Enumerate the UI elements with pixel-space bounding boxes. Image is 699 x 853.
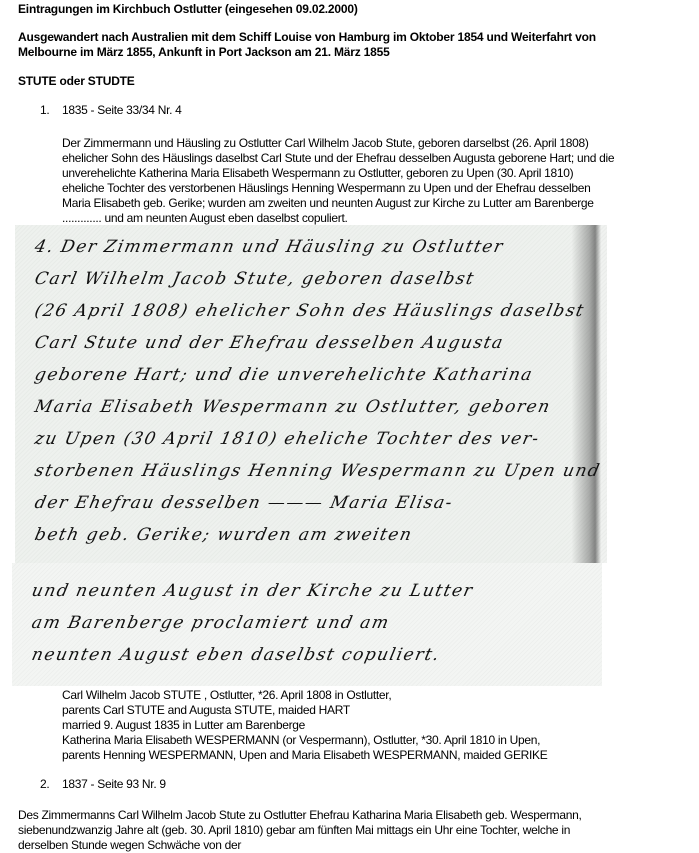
transcription-line: ehelicher Sohn des Häuslings daselbst Ca… — [62, 151, 614, 166]
entry-2-number: 2. — [40, 777, 49, 792]
handwriting-line: beth geb. Gerike; wurden am zweiten — [33, 525, 415, 545]
surname-heading: STUTE oder STUDTE — [18, 74, 135, 88]
emigration-note-line-1: Ausgewandert nach Australien mit dem Sch… — [18, 30, 596, 44]
handwriting-line: 4. Der Zimmermann und Häusling zu Ostlut… — [33, 237, 506, 257]
handwriting-line: der Ehefrau desselben ——— Maria Elisa- — [33, 493, 455, 513]
transcription-line: Der Zimmermann und Häusling zu Ostlutter… — [62, 136, 589, 151]
handwriting-line: und neunten August in der Kirche zu Lutt… — [30, 581, 475, 601]
transcription-line: Maria Elisabeth geb. Gerike; wurden am z… — [62, 196, 594, 211]
summary-line: married 9. August 1835 in Lutter am Bare… — [62, 718, 305, 733]
handwriting-line: (26 April 1808) ehelicher Sohn des Häusl… — [33, 301, 587, 321]
handwriting-line: Carl Wilhelm Jacob Stute, geboren daselb… — [33, 269, 477, 289]
entry-1-number: 1. — [40, 103, 49, 118]
handwriting-line: Maria Elisabeth Wespermann zu Ostlutter,… — [33, 397, 553, 417]
page-title: Eintragungen im Kirchbuch Ostlutter (ein… — [18, 2, 358, 16]
summary-line: Carl Wilhelm Jacob STUTE , Ostlutter, *2… — [62, 688, 391, 703]
emigration-note-line-2: Melbourne im März 1855, Ankunft in Port … — [18, 45, 390, 59]
transcription-line: unverehelichte Katherina Maria Elisabeth… — [62, 166, 573, 181]
handwriting-line: storbenen Häuslings Henning Wespermann z… — [33, 461, 603, 481]
transcription-line: eheliche Tochter des verstorbenen Häusli… — [62, 181, 590, 196]
handwriting-line: am Barenberge proclamiert und am — [30, 613, 392, 633]
summary-line: parents Henning WESPERMANN, Upen and Mar… — [62, 748, 547, 763]
handwriting-line: geborene Hart; und die unverehelichte Ka… — [33, 365, 535, 385]
manuscript-scan-top: 4. Der Zimmermann und Häusling zu Ostlut… — [15, 225, 607, 563]
transcription-line: derselben Stunde wegen Schwäche von der — [18, 838, 241, 853]
handwriting-line: neunten August eben daselbst copuliert. — [30, 645, 442, 665]
handwriting-line: zu Upen (30 April 1810) eheliche Tochter… — [33, 429, 542, 449]
entry-1-heading: 1835 - Seite 33/34 Nr. 4 — [62, 103, 182, 118]
summary-line: parents Carl STUTE and Augusta STUTE, ma… — [62, 703, 350, 718]
entry-2-heading: 1837 - Seite 93 Nr. 9 — [62, 777, 166, 792]
transcription-line: Des Zimmermanns Carl Wilhelm Jacob Stute… — [18, 808, 582, 823]
handwriting-line: Carl Stute und der Ehefrau desselben Aug… — [33, 333, 506, 353]
summary-line: Katherina Maria Elisabeth WESPERMANN (or… — [62, 733, 540, 748]
transcription-line: ............. und am neunten August eben… — [62, 211, 348, 226]
transcription-line: siebenundzwanzig Jahre alt (geb. 30. Apr… — [18, 823, 570, 838]
manuscript-scan-bottom: und neunten August in der Kirche zu Lutt… — [12, 563, 602, 686]
